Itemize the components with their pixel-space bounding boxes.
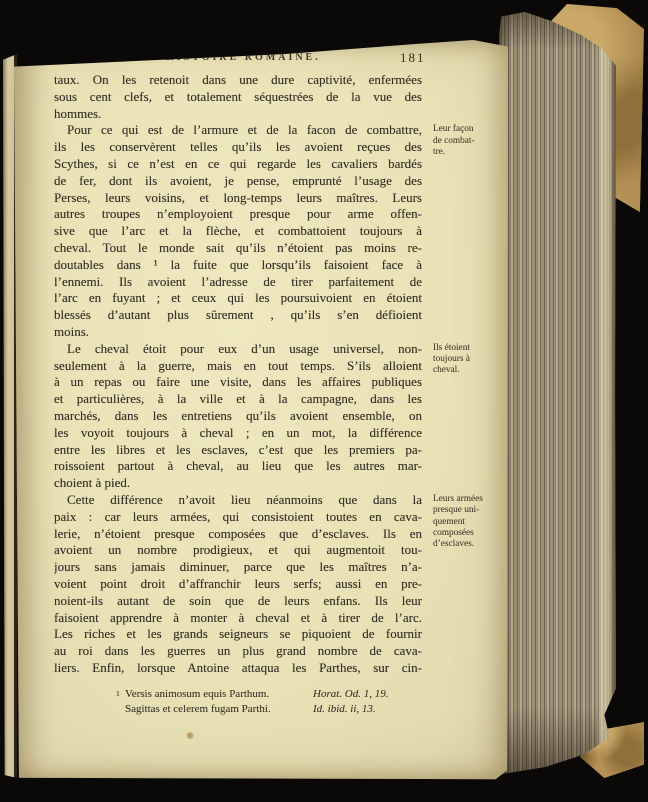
text-line: lerie, n’étoient presque composées que d…	[54, 526, 422, 543]
footnote-marker: 1	[116, 686, 125, 702]
text-line: moins.	[54, 324, 422, 341]
footnote-quote: Versis animosum equis Parthum.	[125, 687, 313, 703]
text-line: doutables dans ¹ la fuite que lorsqu’ils…	[54, 257, 422, 274]
footnote-ref: Id. ibid. ii, 13.	[313, 702, 376, 718]
text-line: l’arc en fuyant ; et ceux qui les poursu…	[54, 290, 422, 307]
paper-stain	[186, 732, 194, 739]
text-line: liers. Enfin, lorsque Antoine attaqua le…	[54, 660, 422, 677]
footnote-ref: Horat. Od. 1, 19.	[313, 687, 388, 703]
photo-background: HISTOIRE ROMAINE. 181 taux. On les reten…	[0, 0, 648, 802]
paragraph: Le cheval étoit pour eux d’un usage univ…	[54, 341, 422, 492]
paragraph: Cette différence n’avoit lieu néanmoins …	[54, 492, 422, 677]
book-page: HISTOIRE ROMAINE. 181 taux. On les reten…	[14, 40, 508, 780]
text-line: Le cheval étoit pour eux d’un usage univ…	[54, 341, 422, 358]
text-block: HISTOIRE ROMAINE. 181 taux. On les reten…	[54, 50, 422, 718]
text-line: sive que l’arc et la flèche, et combatto…	[54, 223, 422, 240]
text-line: marchés, dans les entretiens qu’ils avoi…	[54, 408, 422, 425]
text-line: voient point droit d’affranchir leurs se…	[54, 576, 422, 593]
text-line: avoient un nombre prodigieux, et qui aug…	[54, 542, 422, 559]
text-line: seulement à la guerre, mais en tout temp…	[54, 358, 422, 375]
text-line: les voyoit toujours à cheval ; en un mot…	[54, 425, 422, 442]
paragraph: Pour ce qui est de l’armure et de la fac…	[54, 122, 422, 340]
running-head: HISTOIRE ROMAINE.	[166, 52, 321, 63]
text-line: à un repas ou faire une visite, dans les…	[54, 374, 422, 391]
text-line: Perses, leurs voisins, et long-temps leu…	[54, 190, 422, 207]
footnote-quote: Sagittas et celerem fugam Parthi.	[125, 702, 313, 718]
text-line: paix : car leurs armées, qui consistoien…	[54, 509, 422, 526]
text-line: Pour ce qui est de l’armure et de la fac…	[54, 122, 422, 139]
footnote-marker	[116, 701, 125, 717]
body-text: taux. On les retenoit dans une dure capt…	[54, 72, 422, 677]
text-line: jours sans jamais diminuer, parce que le…	[54, 559, 422, 576]
paragraph: taux. On les retenoit dans une dure capt…	[54, 72, 422, 122]
footnote-block: 1Versis animosum equis Parthum.Horat. Od…	[54, 687, 422, 718]
text-line: sous cent clefs, et totalement séquestré…	[54, 89, 422, 106]
page-header: HISTOIRE ROMAINE. 181	[54, 50, 422, 64]
text-line: Scythes, si ce n’est en ce qui regarde l…	[54, 156, 422, 173]
footnote-line: Sagittas et celerem fugam Parthi.Id. ibi…	[116, 702, 422, 718]
text-line: de fer, dont ils avoient, je pense, empr…	[54, 173, 422, 190]
text-line: au roi dans les guerres un plus grand no…	[54, 643, 422, 660]
text-line: l’ennemi. Ils avoient l’adresse de tirer…	[54, 274, 422, 291]
footnote-line: 1Versis animosum equis Parthum.Horat. Od…	[116, 687, 422, 703]
text-line: autres troupes n’employoient presque pou…	[54, 206, 422, 223]
text-line: ils les conservèrent telles qu’ils les a…	[54, 139, 422, 156]
text-line: entre les libres et les esclaves, c’est …	[54, 442, 422, 459]
text-line: roissoient partout à cheval, au lieu que…	[54, 458, 422, 475]
text-line: noient-ils autant de soin que de leurs e…	[54, 593, 422, 610]
text-line: choient à pied.	[54, 475, 422, 492]
text-line: cheval. Tout le monde sait qu’ils n’étoi…	[54, 240, 422, 257]
page-number: 181	[400, 50, 426, 66]
text-line: Les riches et les grands seigneurs se pi…	[54, 626, 422, 643]
text-line: faisoient apprendre à monter à cheval et…	[54, 610, 422, 627]
text-line: hommes.	[54, 106, 422, 123]
text-line: taux. On les retenoit dans une dure capt…	[54, 72, 422, 89]
text-line: et particulières, à la ville et à la cam…	[54, 391, 422, 408]
text-line: Cette différence n’avoit lieu néanmoins …	[54, 492, 422, 509]
text-line: blessés d’autant plus sûrement , qu’ils …	[54, 307, 422, 324]
page-stack-fore-edge	[499, 12, 616, 776]
